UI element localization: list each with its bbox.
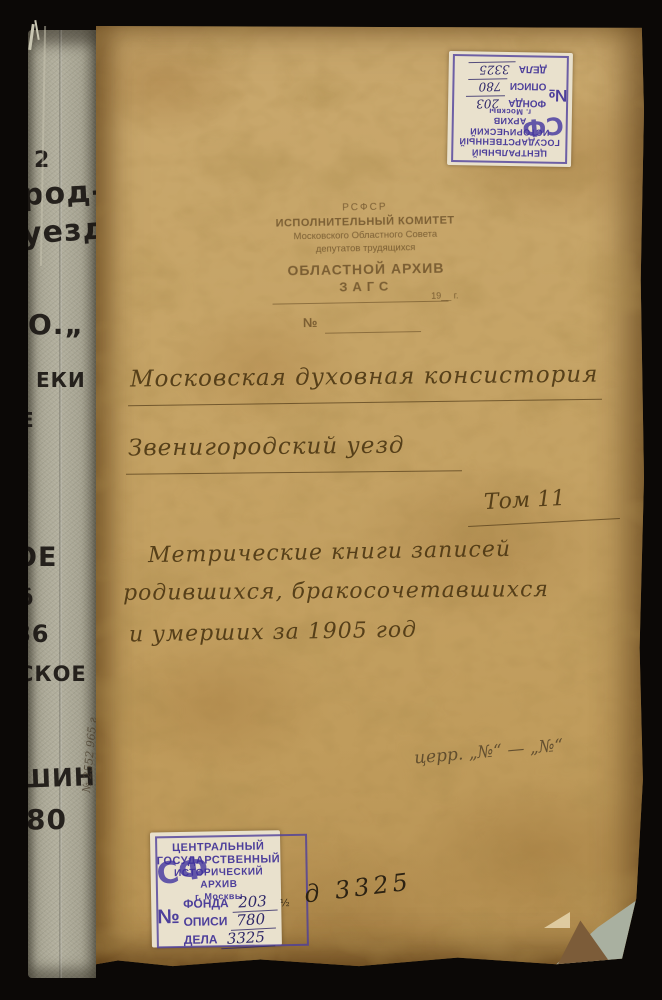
archive-book-cover-photo: 2 род- уезд О.„ ЕКИ Е ОЕ б 86 СКОЕ ШИНО … (0, 0, 662, 1000)
spine-pencil-note: № 2552 965 г (80, 717, 96, 793)
sf-overprint: СФ (521, 111, 565, 143)
stamp-number-label: № (303, 315, 318, 330)
book-front-cover: ЦЕНТРАЛЬНЫЙ ГОСУДАРСТВЕННЫЙ ИСТОРИЧЕСКИЙ… (96, 26, 644, 968)
stamp-date-line: 19__ г. (431, 290, 458, 300)
stamp-row-dela: ДЕЛА 3325 (469, 61, 547, 77)
spine-marker-fragment: род- (28, 174, 96, 213)
stamp-row-dela: ДЕЛА 3325 (184, 928, 275, 949)
handwriting-title-line1: Московская духовная консистория (130, 362, 599, 393)
underline (468, 518, 620, 527)
lower-archive-stamp: ЦЕНТРАЛЬНЫЙ ГОСУДАРСТВЕННЫЙ ИСТОРИЧЕСКИЙ… (150, 830, 322, 955)
number-sign: № (157, 906, 180, 929)
stamp-row-opisi: ОПИСИ 780 (468, 78, 546, 94)
spine-marker-fragment: уезд (28, 211, 96, 252)
stamp-row-label: ОПИСИ (510, 80, 547, 92)
stamp-row-value: 780 (468, 78, 507, 94)
spine-marker-fragment: б (28, 586, 34, 611)
handwriting-volume: Том 11 (483, 486, 565, 515)
stamp-rule (273, 301, 449, 305)
spine-marker-fragment: О.„ (28, 308, 84, 341)
torn-corner-paper-fold (544, 912, 570, 928)
underline (128, 399, 602, 407)
handwriting-title-line2: Звенигородский уезд (128, 433, 405, 462)
spine-marker-fragment: ОЕ (28, 542, 57, 573)
stamp-line: Московского Областного Совета (267, 228, 463, 242)
stamp-row-value: 3325 (220, 927, 275, 949)
handwriting-desc-line2: родившихся, бракосочетавшихся (123, 577, 549, 606)
stamp-row-value: 203 (466, 95, 505, 111)
stamp-row-value: 3325 (469, 61, 516, 77)
stamp-row-fonda: ФОНДА 203 (466, 95, 546, 111)
handwriting-desc-line3: и умерших за 1905 год (129, 617, 417, 647)
spine-marker-fragment: 86 (28, 620, 49, 648)
stamp-row-label: ОПИСИ (183, 914, 227, 929)
faded-zags-stamp: РСФСР ИСПОЛНИТЕЛЬНЫЙ КОМИТЕТ Московского… (267, 194, 466, 349)
stamp-org-line: ЦЕНТРАЛЬНЫЙ (453, 146, 565, 159)
spine-marker-fragment: СКОЕ (28, 662, 87, 686)
stamp-rule (325, 331, 421, 334)
underline (126, 470, 462, 475)
handwriting-desc-line1: Метрические книги записей (148, 537, 511, 568)
stamp-row-label: ФОНДА (508, 97, 546, 109)
number-sign: № (548, 85, 567, 105)
stamp-row-label: ФОНДА (183, 896, 229, 911)
stamp-row-label: ДЕЛА (184, 932, 218, 947)
stamp-line: ИСПОЛНИТЕЛЬНЫЙ КОМИТЕТ (267, 214, 463, 229)
book-spine: 2 род- уезд О.„ ЕКИ Е ОЕ б 86 СКОЕ ШИНО … (28, 30, 96, 978)
stamp-line: ОБЛАСТНОЙ АРХИВ (268, 259, 464, 278)
spine-marker-fragment: ЕКИ (36, 368, 86, 392)
stamp-line: РСФСР (267, 200, 463, 214)
stamp-line: депутатов трудящихся (268, 241, 464, 255)
stamp-row-label: ДЕЛА (519, 63, 547, 74)
spine-marker-fragment: Е (28, 408, 35, 432)
fraction-mark: ½ (280, 898, 290, 909)
pencil-church-numbers-note: церр. „№“ — „№“ (413, 736, 564, 769)
upper-archive-label: ЦЕНТРАЛЬНЫЙ ГОСУДАРСТВЕННЫЙ ИСТОРИЧЕСКИЙ… (447, 51, 573, 167)
spine-marker-fragment: 80 (28, 803, 67, 836)
